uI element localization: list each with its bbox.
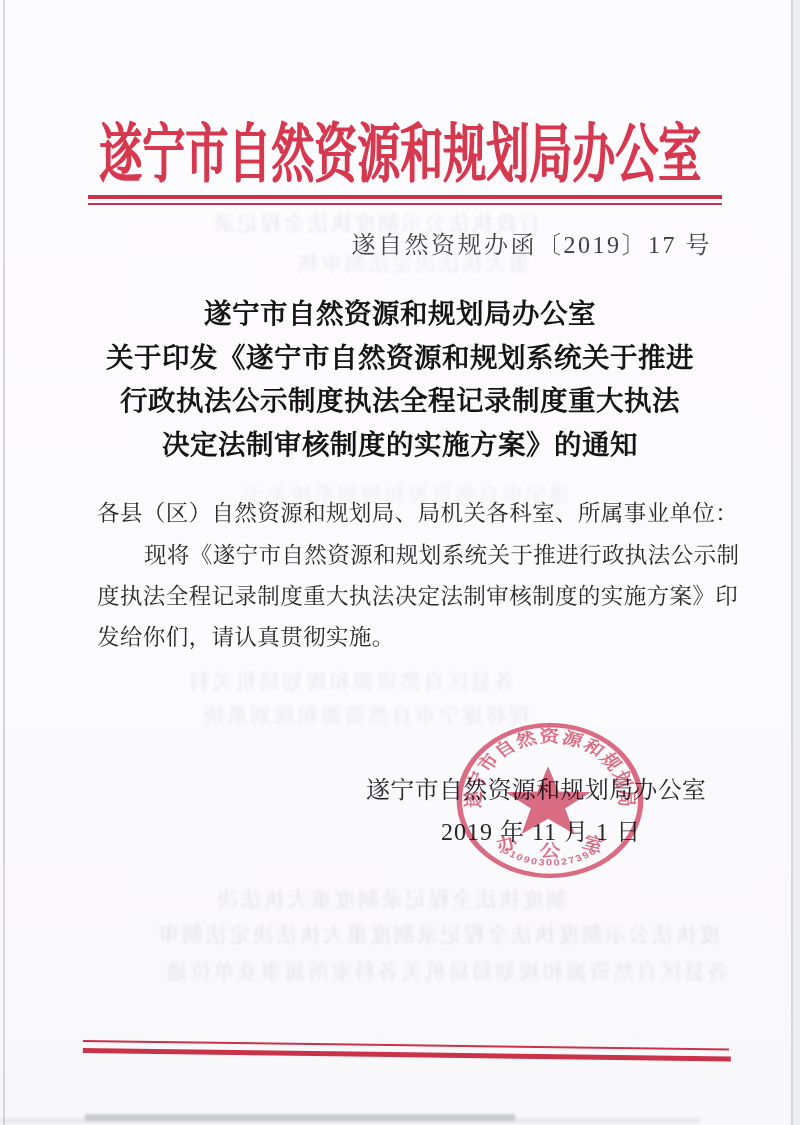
scan-bottom-edge-shadow	[85, 1114, 515, 1121]
title-line: 遂宁市自然资源和规划局办公室	[0, 292, 800, 336]
body-line: 发给你们，请认真贯彻实施。	[97, 620, 737, 652]
title-line: 行政执法公示制度执法全程记录制度重大执法	[0, 379, 800, 423]
document-number: 遂自然资规办函〔2019〕17 号	[0, 225, 712, 260]
agency-letterhead: 遂宁市自然资源和规划局办公室	[0, 108, 800, 169]
agency-letterhead-text: 遂宁市自然资源和规划局办公室	[99, 104, 701, 196]
footer-rules	[83, 1040, 729, 1066]
scanned-document-page: 行政执法公示制度执法全程记录 重大执法决定法制审核 遂宁市自然资源和规划系统关于…	[0, 0, 800, 1125]
body-line: 现将《遂宁市自然资源和规划系统关于推进行政执法公示制	[97, 538, 737, 570]
letterhead-rule-thin	[88, 203, 722, 205]
body-line: 度执法全程记录制度重大执法决定法制审核制度的实施方案》印	[97, 579, 737, 611]
footer-rule-thick	[83, 1048, 731, 1061]
title-line: 决定法制审核制度的实施方案》的通知	[0, 423, 800, 467]
document-title: 遂宁市自然资源和规划局办公室 关于印发《遂宁市自然资源和规划系统关于推进 行政执…	[0, 292, 800, 466]
star-icon	[505, 766, 591, 834]
bleedthrough-text: 各县区自然资源和规划局机关科	[95, 666, 515, 696]
letterhead-rule-thick	[88, 195, 722, 199]
salutation: 各县（区）自然资源和规划局、局机关各科室、所属事业单位：	[97, 496, 737, 528]
bleedthrough-text: 度执法公示制度执法全程记录制度重大执法决定法制审	[88, 919, 720, 949]
bleedthrough-text: 各县区自然资源和规划局局机关各科室所属事业单位通	[88, 956, 728, 986]
official-seal: 遂宁市自然资源和规划局 办 公 室 5109030027396	[452, 719, 648, 882]
bleedthrough-text: 制度执法全程记录制度重大执法决	[92, 884, 567, 914]
title-line: 关于印发《遂宁市自然资源和规划系统关于推进	[0, 336, 800, 380]
